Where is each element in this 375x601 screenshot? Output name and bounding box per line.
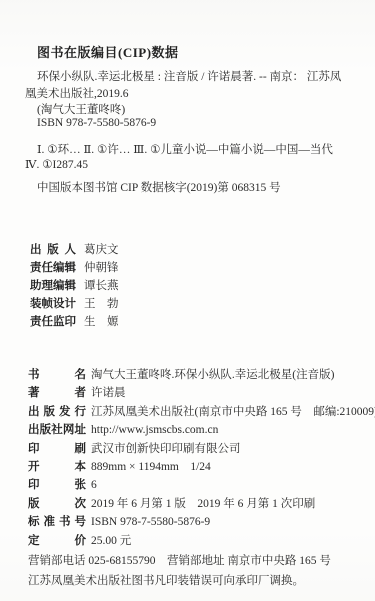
classification-line1: Ⅰ. ①环… Ⅱ. ①许… Ⅲ. ①儿童小说—中篇小说—中国—当代	[37, 141, 333, 157]
cip-header: 图书在版编目(CIP)数据	[37, 42, 179, 61]
footer-block: 营销部电话 025-68155790 营销部地址 南京市中央路 165 号 江苏…	[28, 551, 331, 591]
staff-value: 王 勃	[84, 298, 119, 310]
staff-label: 装帧设计	[30, 295, 76, 313]
pub-label: 标准书号	[28, 513, 86, 531]
pub-label: 著者	[28, 384, 86, 402]
pub-row-title: 书名淘气大王董咚咚.环保小纵队.幸运北极星(注音版)	[28, 366, 375, 384]
pub-row-format: 开本889mm × 1194mm 1/24	[28, 458, 375, 476]
pub-value: 6	[91, 479, 97, 491]
pub-value: 2019 年 6 月第 1 版 2019 年 6 月第 1 次印刷	[91, 498, 315, 510]
staff-value: 生 嫄	[84, 316, 119, 328]
staff-row-editor: 责任编辑仲朝锋	[30, 259, 119, 277]
pub-row-edition: 版次2019 年 6 月第 1 版 2019 年 6 月第 1 次印刷	[28, 495, 375, 513]
staff-row-publisher: 出版人葛庆文	[30, 241, 119, 259]
pub-label: 开本	[28, 458, 86, 476]
pub-value: 25.00 元	[91, 535, 131, 547]
staff-label: 责任监印	[30, 313, 76, 331]
cip-registry-number: 中国版本图书馆 CIP 数据核字(2019)第 068315 号	[37, 179, 281, 195]
staff-block: 出版人葛庆文 责任编辑仲朝锋 助理编辑谭长燕 装帧设计王 勃 责任监印生 嫄	[30, 241, 119, 331]
pub-row-website: 出版社网址http://www.jsmscbs.com.cn	[28, 421, 375, 439]
pub-label: 出版发行	[28, 403, 86, 421]
pub-row-publisher: 出版发行江苏凤凰美术出版社(南京市中央路 165 号 邮编:210009)	[28, 403, 375, 421]
pub-label: 版次	[28, 495, 86, 513]
pub-row-price: 定价25.00 元	[28, 532, 375, 550]
footer-exchange-notice: 江苏凤凰美术出版社图书凡印装错误可向承印厂调换。	[28, 571, 331, 591]
pub-label: 出版社网址	[28, 421, 86, 439]
pub-value: 武汉市创新快印印刷有限公司	[91, 443, 241, 455]
staff-label: 助理编辑	[30, 277, 76, 295]
cip-record-line1: 环保小纵队.幸运北极星 : 注音版 / 许诺晨著. -- 南京： 江苏凤	[37, 68, 341, 84]
pub-value: 淘气大王董咚咚.环保小纵队.幸运北极星(注音版)	[91, 369, 334, 381]
staff-row-print-supervisor: 责任监印生 嫄	[30, 313, 119, 331]
pub-value: ISBN 978-7-5580-5876-9	[91, 516, 210, 528]
staff-value: 谭长燕	[84, 280, 119, 292]
pub-row-author: 著者许诺晨	[28, 384, 375, 402]
footer-marketing-line: 营销部电话 025-68155790 营销部地址 南京市中央路 165 号	[28, 551, 331, 571]
pub-label: 印张	[28, 476, 86, 494]
pub-row-printer: 印刷武汉市创新快印印刷有限公司	[28, 440, 375, 458]
staff-label: 责任编辑	[30, 259, 76, 277]
cip-record-line2: 凰美术出版社,2019.6	[25, 85, 129, 101]
publication-block: 书名淘气大王董咚咚.环保小纵队.幸运北极星(注音版) 著者许诺晨 出版发行江苏凤…	[28, 366, 375, 550]
classification-line2: Ⅳ. ①I287.45	[25, 157, 88, 171]
pub-label: 印刷	[28, 440, 86, 458]
pub-value: 889mm × 1194mm 1/24	[91, 461, 211, 473]
staff-label: 出版人	[30, 241, 76, 259]
series-note: (淘气大王董咚咚)	[37, 101, 125, 117]
copyright-page: 图书在版编目(CIP)数据 环保小纵队.幸运北极星 : 注音版 / 许诺晨著. …	[0, 0, 375, 601]
pub-label: 定价	[28, 532, 86, 550]
staff-row-assistant-editor: 助理编辑谭长燕	[30, 277, 119, 295]
staff-value: 仲朝锋	[84, 262, 119, 274]
pub-row-sheets: 印张6	[28, 476, 375, 494]
pub-row-isbn: 标准书号ISBN 978-7-5580-5876-9	[28, 513, 375, 531]
staff-value: 葛庆文	[84, 244, 119, 256]
staff-row-designer: 装帧设计王 勃	[30, 295, 119, 313]
pub-label: 书名	[28, 366, 86, 384]
isbn-line: ISBN 978-7-5580-5876-9	[37, 117, 156, 129]
pub-value: 许诺晨	[91, 387, 126, 399]
pub-value: 江苏凤凰美术出版社(南京市中央路 165 号 邮编:210009)	[91, 406, 375, 418]
pub-value: http://www.jsmscbs.com.cn	[91, 424, 218, 436]
